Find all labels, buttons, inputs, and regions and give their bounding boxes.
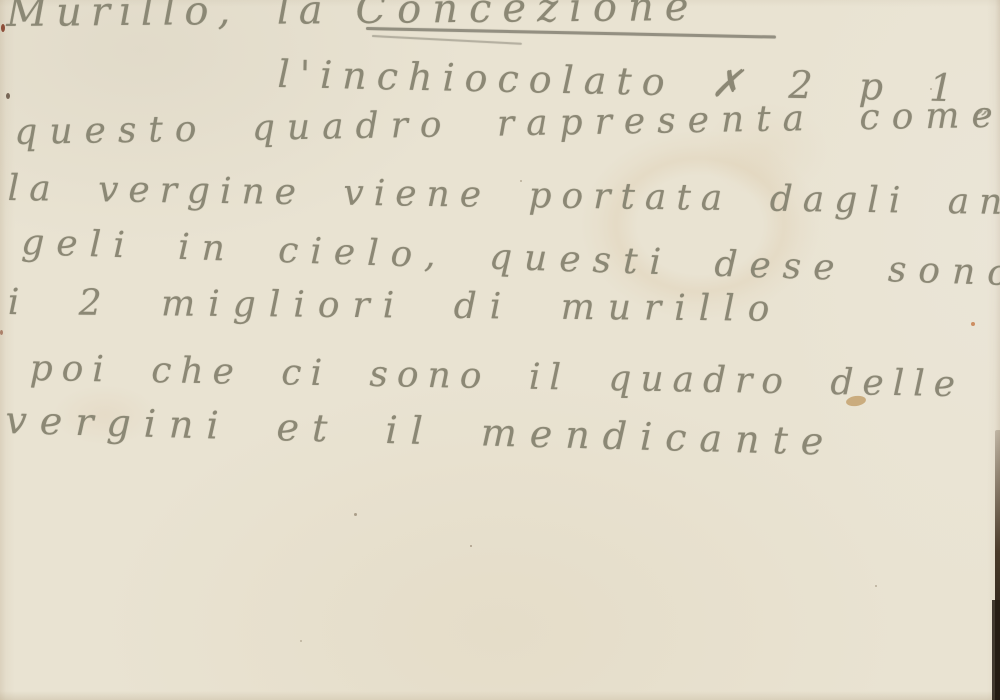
page-edge-shadow-right-bottom	[992, 600, 1000, 700]
paper-speck	[300, 640, 302, 642]
handwritten-line: poi che ci sono il quadro delle	[29, 348, 964, 405]
handwritten-line: la vergine viene portata dagli an-	[7, 168, 1000, 223]
notebook-page: Murillo, laConcezione l'inchiocolato ✗ 2…	[0, 0, 1000, 700]
paper-speck	[470, 545, 472, 547]
handwritten-line: questo quadro rapresenta come	[14, 95, 1000, 153]
paper-speck	[354, 513, 357, 516]
paper-speck	[6, 93, 10, 99]
strikethrough-line-secondary	[372, 35, 522, 45]
heading-prefix-text: Murillo, la	[6, 0, 332, 36]
handwritten-line: vergini et il mendicante	[5, 398, 837, 464]
handwritten-line-heading: Murillo, laConcezione	[6, 0, 700, 36]
paper-speck	[971, 322, 975, 326]
paper-speck	[520, 180, 522, 182]
handwritten-line: i 2 migliori di murillo	[8, 282, 783, 330]
paper-speck	[1, 24, 5, 32]
paper-speck	[930, 88, 932, 90]
paper-speck	[875, 585, 877, 587]
paper-speck	[0, 330, 3, 335]
